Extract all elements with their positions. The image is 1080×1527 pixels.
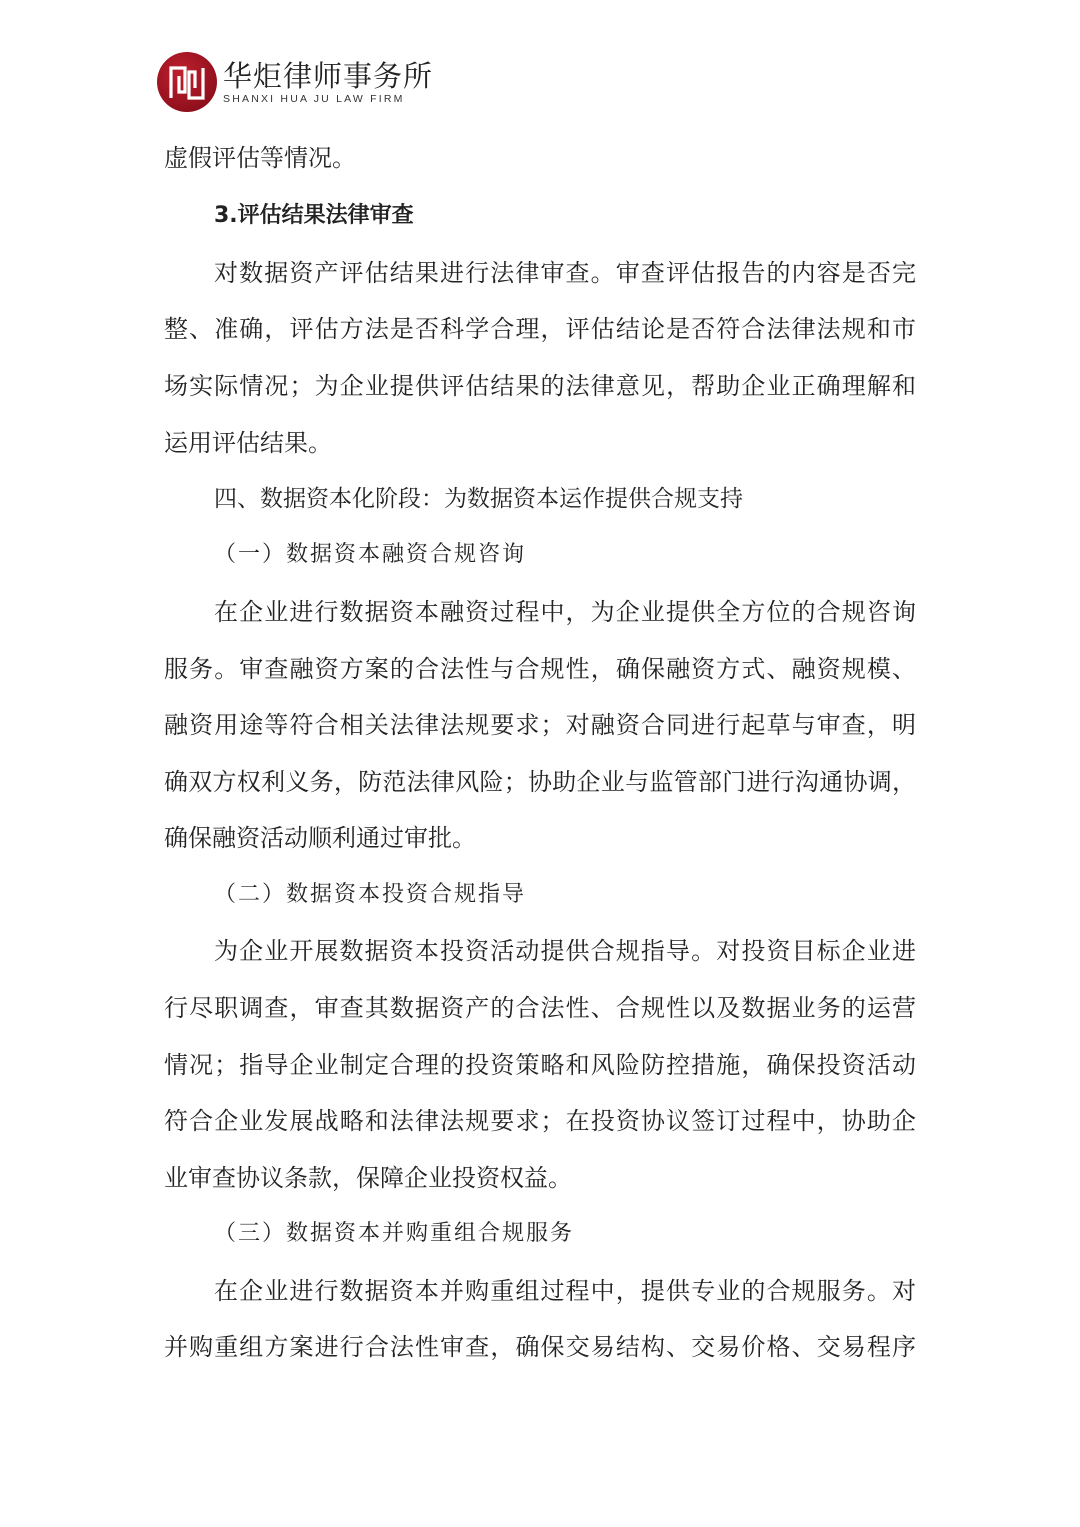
firm-name-cn: 华炬律师事务所 (223, 60, 433, 92)
paragraph-line: 在企业进行数据资本融资过程中，为企业提供全方位的合规咨询 (214, 597, 916, 627)
subsection-heading: （二）数据资本投资合规指导 (214, 880, 526, 910)
paragraph-line: 在企业进行数据资本并购重组过程中，提供专业的合规服务。对 (214, 1276, 916, 1306)
paragraph-line: 整、准确，评估方法是否科学合理，评估结论是否符合法律法规和市 (164, 314, 916, 344)
paragraph-line: 融资用途等符合相关法律法规要求；对融资合同进行起草与审查，明 (164, 710, 916, 740)
subsection-heading: （一）数据资本融资合规咨询 (214, 540, 526, 570)
paragraph-line: 为企业开展数据资本投资活动提供合规指导。对投资目标企业进 (214, 936, 916, 966)
paragraph-line: 确双方权利义务，防范法律风险；协助企业与监管部门进行沟通协调， (164, 767, 916, 797)
paragraph-continuation: 虚假评估等情况。 (164, 143, 356, 173)
subsection-heading: （三）数据资本并购重组合规服务 (214, 1219, 574, 1249)
paragraph-line: 行尽职调查，审查其数据资产的合法性、合规性以及数据业务的运营 (164, 993, 916, 1023)
paragraph-line: 场实际情况；为企业提供评估结果的法律意见，帮助企业正确理解和 (164, 371, 916, 401)
paragraph-line: 服务。审查融资方案的合法性与合规性，确保融资方式、融资规模、 (164, 654, 916, 684)
section-heading: 3.评估结果法律审查 (214, 201, 414, 231)
paragraph-line: 对数据资产评估结果进行法律审查。审查评估报告的内容是否完 (214, 258, 916, 288)
paragraph-line: 运用评估结果。 (164, 428, 332, 458)
paragraph-line: 情况；指导企业制定合理的投资策略和风险防控措施，确保投资活动 (164, 1050, 916, 1080)
paragraph-line: 业审查协议条款，保障企业投资权益。 (164, 1163, 572, 1193)
paragraph-line: 符合企业发展战略和法律法规要求；在投资协议签订过程中，协助企 (164, 1106, 916, 1136)
firm-name-en: SHANXI HUA JU LAW FIRM (223, 93, 433, 105)
part-heading: 四、数据资本化阶段：为数据资本运作提供合规支持 (214, 484, 743, 514)
paragraph-line: 并购重组方案进行合法性审查，确保交易结构、交易价格、交易程序 (164, 1332, 916, 1362)
letterhead: 华炬律师事务所 SHANXI HUA JU LAW FIRM (157, 52, 433, 112)
law-firm-emblem-icon (157, 52, 217, 112)
paragraph-line: 确保融资活动顺利通过审批。 (164, 823, 476, 853)
